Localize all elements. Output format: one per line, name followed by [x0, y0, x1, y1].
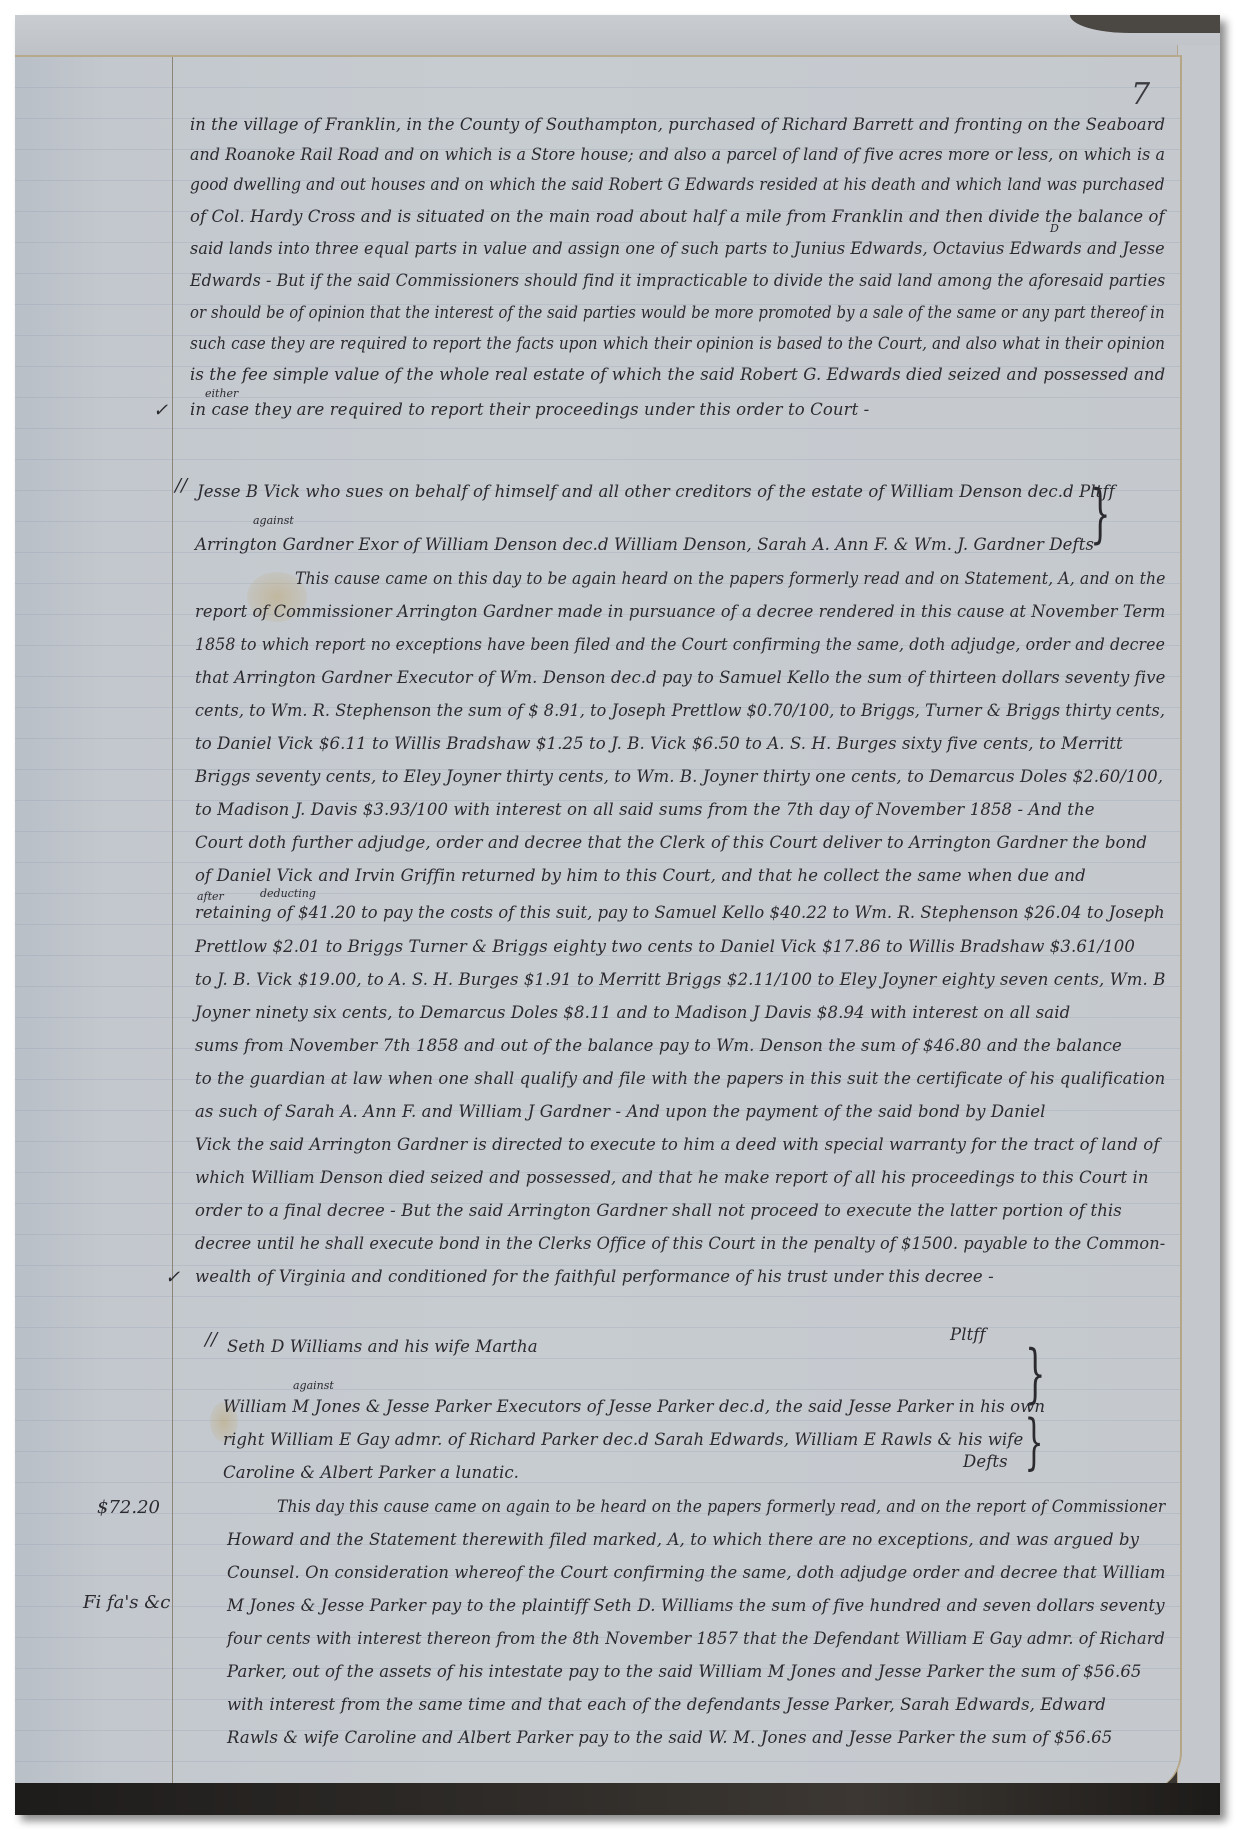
- defendant-line: Arrington Gardner Exor of William Denson…: [195, 535, 1094, 554]
- text-line: Counsel. On consideration whereof the Co…: [227, 1563, 1166, 1582]
- text-line: to J. B. Vick $19.00, to A. S. H. Burges…: [195, 970, 1165, 989]
- text-line: four cents with interest thereon from th…: [227, 1629, 1165, 1648]
- text-line: sums from November 7th 1858 and out of t…: [195, 1036, 1122, 1055]
- superscript-note: D: [1050, 222, 1059, 235]
- underlying-page-strip: [1177, 45, 1220, 1785]
- text-line: retaining of $41.20 to pay the costs of …: [195, 903, 1165, 922]
- text-line: good dwelling and out houses and on whic…: [190, 175, 1165, 194]
- case-mark: //: [205, 1329, 217, 1350]
- binding-shadow: [15, 1783, 1220, 1815]
- defendant-line: William M Jones & Jesse Parker Executors…: [223, 1397, 1045, 1416]
- text-line: said lands into three equal parts in val…: [190, 239, 1165, 258]
- margin-note-fifa: Fi fa's &c: [83, 1592, 170, 1613]
- ledger-page: 7 in the village of Franklin, in the Cou…: [15, 55, 1182, 1792]
- text-line: to Madison J. Davis $3.93/100 with inter…: [195, 800, 1095, 819]
- text-line: Briggs seventy cents, to Eley Joyner thi…: [195, 767, 1163, 786]
- text-line: decree until he shall execute bond in th…: [195, 1234, 1165, 1253]
- text-line: Parker, out of the assets of his intesta…: [227, 1662, 1142, 1681]
- text-line: or should be of opinion that the interes…: [190, 303, 1165, 322]
- text-line: with interest from the same time and tha…: [227, 1695, 1106, 1714]
- against-label: against: [293, 1379, 334, 1392]
- text-line: Vick the said Arrington Gardner is direc…: [195, 1135, 1160, 1154]
- margin-rule: [172, 57, 173, 1792]
- interlinear-insertion: either: [205, 387, 238, 400]
- text-line: is the fee simple value of the whole rea…: [190, 365, 1165, 384]
- text-line: Joyner ninety six cents, to Demarcus Dol…: [195, 1003, 1070, 1022]
- text-line: such case they are required to report th…: [190, 334, 1165, 353]
- defendant-label: Defts: [963, 1452, 1008, 1471]
- brace-bracket: }: [1025, 1412, 1044, 1472]
- text-line: to Daniel Vick $6.11 to Willis Bradshaw …: [195, 734, 1123, 753]
- text-line: as such of Sarah A. Ann F. and William J…: [195, 1102, 1045, 1121]
- text-line: Edwards - But if the said Commissioners …: [190, 271, 1165, 290]
- text-line: to the guardian at law when one shall qu…: [195, 1069, 1165, 1088]
- text-line: wealth of Virginia and conditioned for t…: [195, 1267, 994, 1286]
- margin-check-mark: ✓: [165, 1267, 180, 1288]
- plaintiff-line: Seth D Williams and his wife Martha: [227, 1337, 538, 1356]
- plaintiff-label: Pltff: [950, 1325, 986, 1344]
- page-number: 7: [1131, 77, 1150, 112]
- defendant-line: Caroline & Albert Parker a lunatic.: [223, 1463, 519, 1482]
- interlinear-insertion: after: [197, 890, 224, 903]
- text-line: This day this cause came on again to be …: [277, 1497, 1165, 1516]
- text-line: order to a final decree - But the said A…: [195, 1201, 1122, 1220]
- text-line: of Col. Hardy Cross and is situated on t…: [190, 207, 1165, 226]
- text-line: in case they are required to report thei…: [190, 400, 869, 419]
- margin-note-amount: $72.20: [97, 1497, 160, 1518]
- text-line: that Arrington Gardner Executor of Wm. D…: [195, 668, 1165, 687]
- text-line: This cause came on this day to be again …: [295, 569, 1166, 588]
- text-line: Howard and the Statement therewith filed…: [227, 1530, 1139, 1549]
- text-line: 1858 to which report no exceptions have …: [195, 635, 1165, 654]
- ledger-photo-frame: 7 in the village of Franklin, in the Cou…: [15, 15, 1220, 1815]
- text-line: of Daniel Vick and Irvin Griffin returne…: [195, 866, 1086, 885]
- case-mark: //: [175, 475, 187, 496]
- text-line: cents, to Wm. R. Stephenson the sum of $…: [195, 701, 1165, 720]
- interlinear-insertion: deducting: [260, 887, 316, 900]
- text-line: M Jones & Jesse Parker pay to the plaint…: [227, 1596, 1165, 1615]
- text-line: which William Denson died seized and pos…: [195, 1168, 1149, 1187]
- against-label: against: [253, 514, 294, 527]
- text-line: in the village of Franklin, in the Count…: [190, 115, 1165, 134]
- margin-check-mark: ✓: [153, 400, 168, 421]
- text-line: report of Commissioner Arrington Gardner…: [195, 602, 1165, 621]
- defendant-line: right William E Gay admr. of Richard Par…: [223, 1430, 1023, 1449]
- text-line: Court doth further adjudge, order and de…: [195, 833, 1147, 852]
- plaintiff-line: Jesse B Vick who sues on behalf of himse…: [197, 482, 1115, 501]
- text-line: Prettlow $2.01 to Briggs Turner & Briggs…: [195, 937, 1135, 956]
- text-line: and Roanoke Rail Road and on which is a …: [190, 145, 1165, 164]
- text-line: Rawls & wife Caroline and Albert Parker …: [227, 1728, 1112, 1747]
